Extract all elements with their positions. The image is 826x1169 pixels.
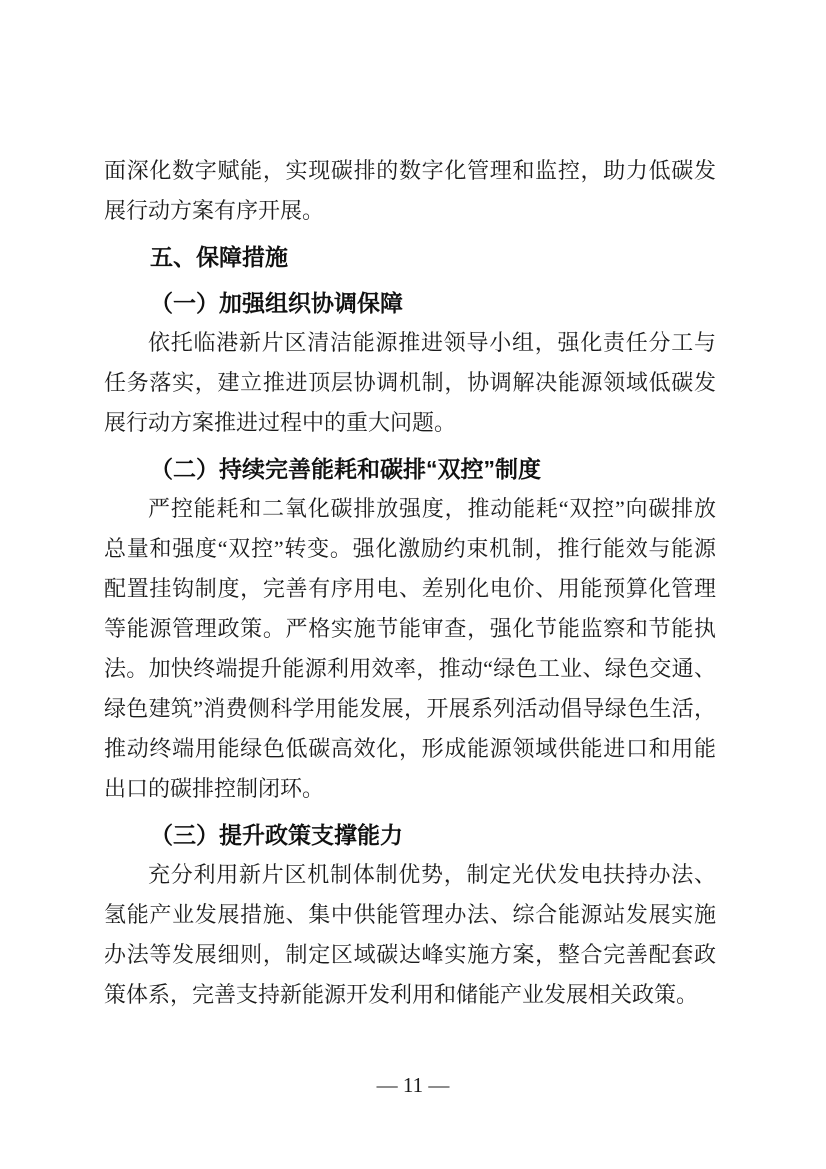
text-line: 充分利用新片区机制体制优势，制定光伏发电扶持办法、 <box>104 855 716 895</box>
text-line: 严控能耗和二氧化碳排放强度，推动能耗“双控”向碳排放 <box>104 489 716 529</box>
text-line: 展行动方案有序开展。 <box>104 191 716 231</box>
text-line: 办法等发展细则，制定区域碳达峰实施方案，整合完善配套政 <box>104 935 716 975</box>
text-line: 面深化数字赋能，实现碳排的数字化管理和监控，助力低碳发 <box>104 151 716 191</box>
text-line: 氢能产业发展措施、集中供能管理办法、综合能源站发展实施 <box>104 895 716 935</box>
text-line: 总量和强度“双控”转变。强化激励约束机制，推行能效与能源 <box>104 529 716 569</box>
paragraph: 面深化数字赋能，实现碳排的数字化管理和监控，助力低碳发展行动方案有序开展。 <box>104 151 716 231</box>
text-line: 出口的碳排控制闭环。 <box>104 769 716 809</box>
text-line: 配置挂钩制度，完善有序用电、差别化电价、用能预算化管理 <box>104 569 716 609</box>
section-heading: （三）提升政策支撑能力 <box>104 815 716 855</box>
document-body: 面深化数字赋能，实现碳排的数字化管理和监控，助力低碳发展行动方案有序开展。五、保… <box>104 151 716 1015</box>
text-line: 等能源管理政策。严格实施节能审查，强化节能监察和节能执 <box>104 609 716 649</box>
text-line: 依托临港新片区清洁能源推进领导小组，强化责任分工与 <box>104 323 716 363</box>
text-line: 法。加快终端提升能源利用效率，推动“绿色工业、绿色交通、 <box>104 649 716 689</box>
document-page: 面深化数字赋能，实现碳排的数字化管理和监控，助力低碳发展行动方案有序开展。五、保… <box>0 0 826 1169</box>
paragraph: 严控能耗和二氧化碳排放强度，推动能耗“双控”向碳排放总量和强度“双控”转变。强化… <box>104 489 716 809</box>
section-heading: （二）持续完善能耗和碳排“双控”制度 <box>104 449 716 489</box>
section-heading: （一）加强组织协调保障 <box>104 283 716 323</box>
text-line: 展行动方案推进过程中的重大问题。 <box>104 403 716 443</box>
paragraph: 充分利用新片区机制体制优势，制定光伏发电扶持办法、氢能产业发展措施、集中供能管理… <box>104 855 716 1015</box>
text-line: 策体系，完善支持新能源开发利用和储能产业发展相关政策。 <box>104 975 716 1015</box>
page-footer: — 11 — <box>0 1072 826 1098</box>
text-line: 绿色建筑”消费侧科学用能发展，开展系列活动倡导绿色生活， <box>104 689 716 729</box>
page-number: — 11 — <box>377 1073 450 1097</box>
text-line: 任务落实，建立推进顶层协调机制，协调解决能源领域低碳发 <box>104 363 716 403</box>
section-heading: 五、保障措施 <box>104 237 716 277</box>
paragraph: 依托临港新片区清洁能源推进领导小组，强化责任分工与任务落实，建立推进顶层协调机制… <box>104 323 716 443</box>
text-line: 推动终端用能绿色低碳高效化，形成能源领域供能进口和用能 <box>104 729 716 769</box>
